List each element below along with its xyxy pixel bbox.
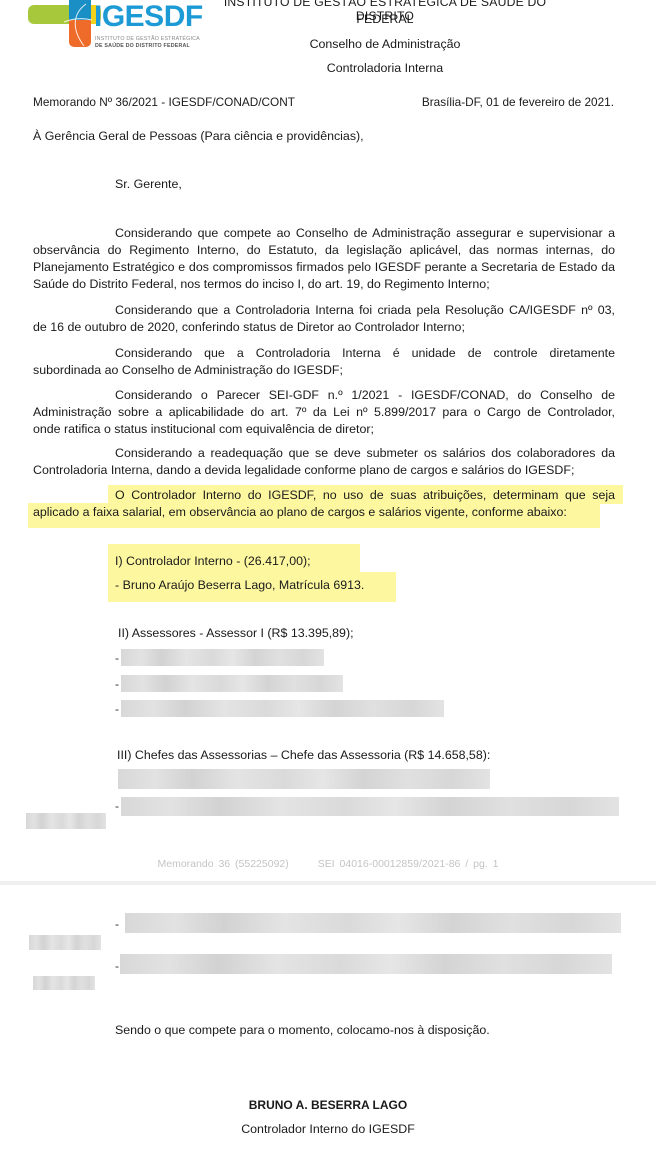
paragraph-line: O Controlador Interno do IGESDF, no uso … [33, 487, 615, 504]
paragraph-line: Saúde do Distrito Federal, nos termos do… [33, 276, 615, 293]
paragraph-line: Planejamento Estratégico e dos compromis… [33, 259, 615, 276]
paragraph-line: onde ratifica o status institucional com… [33, 421, 615, 438]
closing-sentence: Sendo o que compete para o momento, colo… [115, 1023, 490, 1037]
logo-wordmark: IGESDF [94, 0, 203, 34]
list-dash: - [115, 959, 119, 973]
footer-doc-ref: Memorando 36 (55225092) [158, 858, 289, 870]
place-date: Brasília-DF, 01 de fevereiro de 2021. [422, 95, 614, 109]
paragraph-4: Considerando o Parecer SEI-GDF n.º 1/202… [33, 387, 615, 438]
salutation: Sr. Gerente, [115, 177, 182, 191]
redacted-name [118, 769, 490, 789]
list-dash: - [115, 917, 119, 931]
list-dash: - [115, 677, 119, 691]
paragraph-line: subordinada ao Conselho de Administração… [33, 362, 615, 379]
list-dash: - [115, 799, 119, 813]
logo-swoosh-icon [62, 0, 92, 48]
list-dash: - [115, 702, 119, 716]
igesdf-logo: IGESDF INSTITUTO DE GESTÃO ESTRATÉGICA D… [28, 0, 203, 56]
paragraph-line: observância do Regimento Interno, do Est… [33, 242, 615, 259]
paragraph-line: aplicado a faixa salarial, em observânci… [33, 504, 615, 521]
department-name: Controladoria Interna [195, 61, 575, 75]
list-dash: - [115, 651, 119, 665]
paragraph-line: Considerando que a Controladoria Interna… [33, 345, 615, 362]
paragraph-5: Considerando a readequação que se deve s… [33, 445, 615, 479]
paragraph-line: de 16 de outubro de 2020, conferindo sta… [33, 319, 615, 336]
paragraph-line: Administração sobre a aplicabilidade do … [33, 404, 615, 421]
section-controller-person: - Bruno Araújo Beserra Lago, Matrícula 6… [115, 578, 364, 592]
signer-title: Controlador Interno do IGESDF [0, 1122, 656, 1136]
redacted-name-cont [33, 976, 95, 990]
addressee: À Gerência Geral de Pessoas (Para ciênci… [33, 128, 615, 145]
council-name: Conselho de Administração [195, 37, 575, 51]
page-footer: Memorando 36 (55225092) SEI 04016-000128… [0, 858, 656, 870]
memo-number: Memorando Nº 36/2021 - IGESDF/CONAD/CONT [33, 95, 295, 109]
paragraph-line: Considerando o Parecer SEI-GDF n.º 1/202… [33, 387, 615, 404]
signer-name: BRUNO A. BESERRA LAGO [0, 1098, 656, 1112]
redacted-name-cont [26, 813, 106, 829]
paragraph-determination: O Controlador Interno do IGESDF, no uso … [33, 487, 615, 521]
section-chiefs-title: III) Chefes das Assessorias – Chefe das … [117, 748, 490, 762]
page-break [0, 881, 656, 885]
paragraph-1: Considerando que compete ao Conselho de … [33, 225, 615, 293]
logo-subtitle-1: INSTITUTO DE GESTÃO ESTRATÉGICA [95, 36, 200, 42]
footer-sei-ref: SEI 04016-00012859/2021-86 / pg. 1 [318, 858, 499, 870]
section-advisors-title: II) Assessores - Assessor I (R$ 13.395,8… [118, 626, 354, 640]
paragraph-line: Considerando que a Controladoria Interna… [33, 302, 615, 319]
logo-subtitle-2: DE SAÚDE DO DISTRITO FEDERAL [95, 43, 190, 49]
section-controller-title: I) Controlador Interno - (26.417,00); [115, 554, 311, 568]
paragraph-line: Considerando que compete ao Conselho de … [33, 225, 615, 242]
paragraph-2: Considerando que a Controladoria Interna… [33, 302, 615, 336]
redacted-name-cont [29, 935, 101, 950]
redacted-name [121, 649, 324, 666]
redacted-name [125, 913, 621, 933]
institution-name-cont: FEDERAL [195, 12, 575, 26]
paragraph-3: Considerando que a Controladoria Interna… [33, 345, 615, 379]
redacted-name [121, 700, 444, 717]
paragraph-line: Controladoria Interna, dando a devida le… [33, 462, 615, 479]
redacted-name [120, 954, 612, 974]
paragraph-line: Considerando a readequação que se deve s… [33, 445, 615, 462]
redacted-name [121, 797, 619, 816]
redacted-name [121, 675, 343, 692]
